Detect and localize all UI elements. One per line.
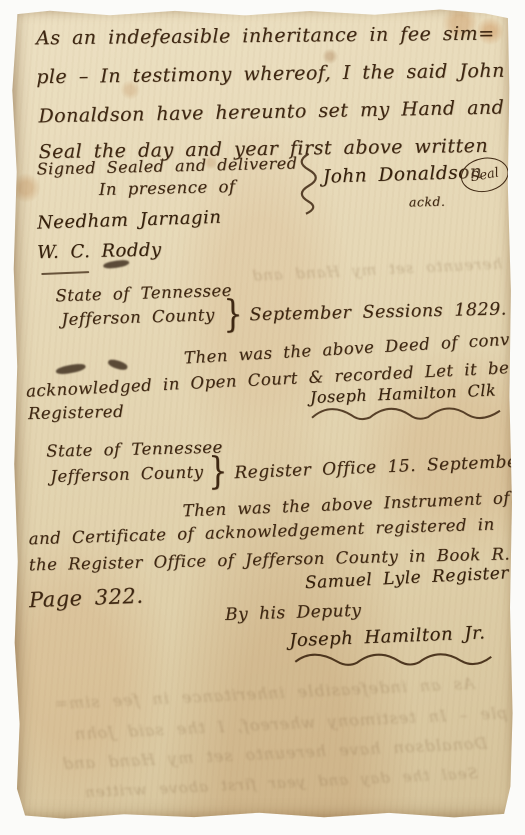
- ink-smudge: [55, 362, 86, 375]
- seal-label: Seal: [469, 165, 500, 185]
- seal-mark: Seal: [458, 154, 511, 196]
- document-paper: As an indefeasible inheritance in fee si…: [10, 7, 514, 822]
- ack-annotation: ackd.: [409, 195, 446, 210]
- attestation-line: Signed Sealed and delivered: [37, 155, 298, 179]
- register-signature: Samuel Lyle Register: [305, 564, 510, 593]
- pen-stroke-underline: [41, 271, 89, 275]
- presence-line: In presence of: [99, 178, 236, 199]
- signature-flourish-icon: [293, 653, 493, 674]
- page-reference: Page 322.: [29, 585, 144, 613]
- witness-signature-1: Needham Jarnagin: [37, 208, 222, 234]
- county-brace-icon: }: [223, 294, 243, 335]
- reg-cert-text-2: and Certificate of acknowledgement regis…: [28, 516, 495, 549]
- deed-body-line-2: ple – In testimony whereof, I the said J…: [36, 61, 505, 88]
- deed-body-line-3: Donaldson have hereunto set my Hand and: [38, 97, 504, 127]
- ink-smudge: [107, 358, 128, 372]
- court-cert-text-3: Registered: [28, 403, 124, 423]
- court-cert-session: September Sessions 1829.: [249, 300, 507, 325]
- bleedthrough-text: Seal the day and year first above writte…: [84, 764, 479, 801]
- court-cert-state: State of Tennessee: [55, 282, 232, 306]
- county-brace-icon: }: [208, 451, 228, 492]
- reg-cert-state: State of Tennessee: [46, 439, 223, 461]
- court-cert-county: Jefferson County: [61, 306, 215, 329]
- deed-body-line-1: As an indefeasible inheritance in fee si…: [36, 24, 495, 50]
- deputy-signature: Joseph Hamilton Jr.: [289, 623, 486, 651]
- grantor-signature: John Donaldson: [322, 163, 482, 188]
- witness-signature-2: W. C. Roddy: [37, 240, 162, 263]
- reg-cert-office-line: Register Office 15. September 1829: [234, 450, 525, 483]
- deputy-line: By his Deputy: [225, 602, 362, 625]
- signature-flourish-icon: [310, 407, 502, 428]
- attestation-brace-icon: [293, 152, 319, 216]
- bleedthrough-text: Donaldson have hereunto set my Hand and: [251, 247, 525, 285]
- reg-cert-county: Jefferson County: [50, 463, 204, 486]
